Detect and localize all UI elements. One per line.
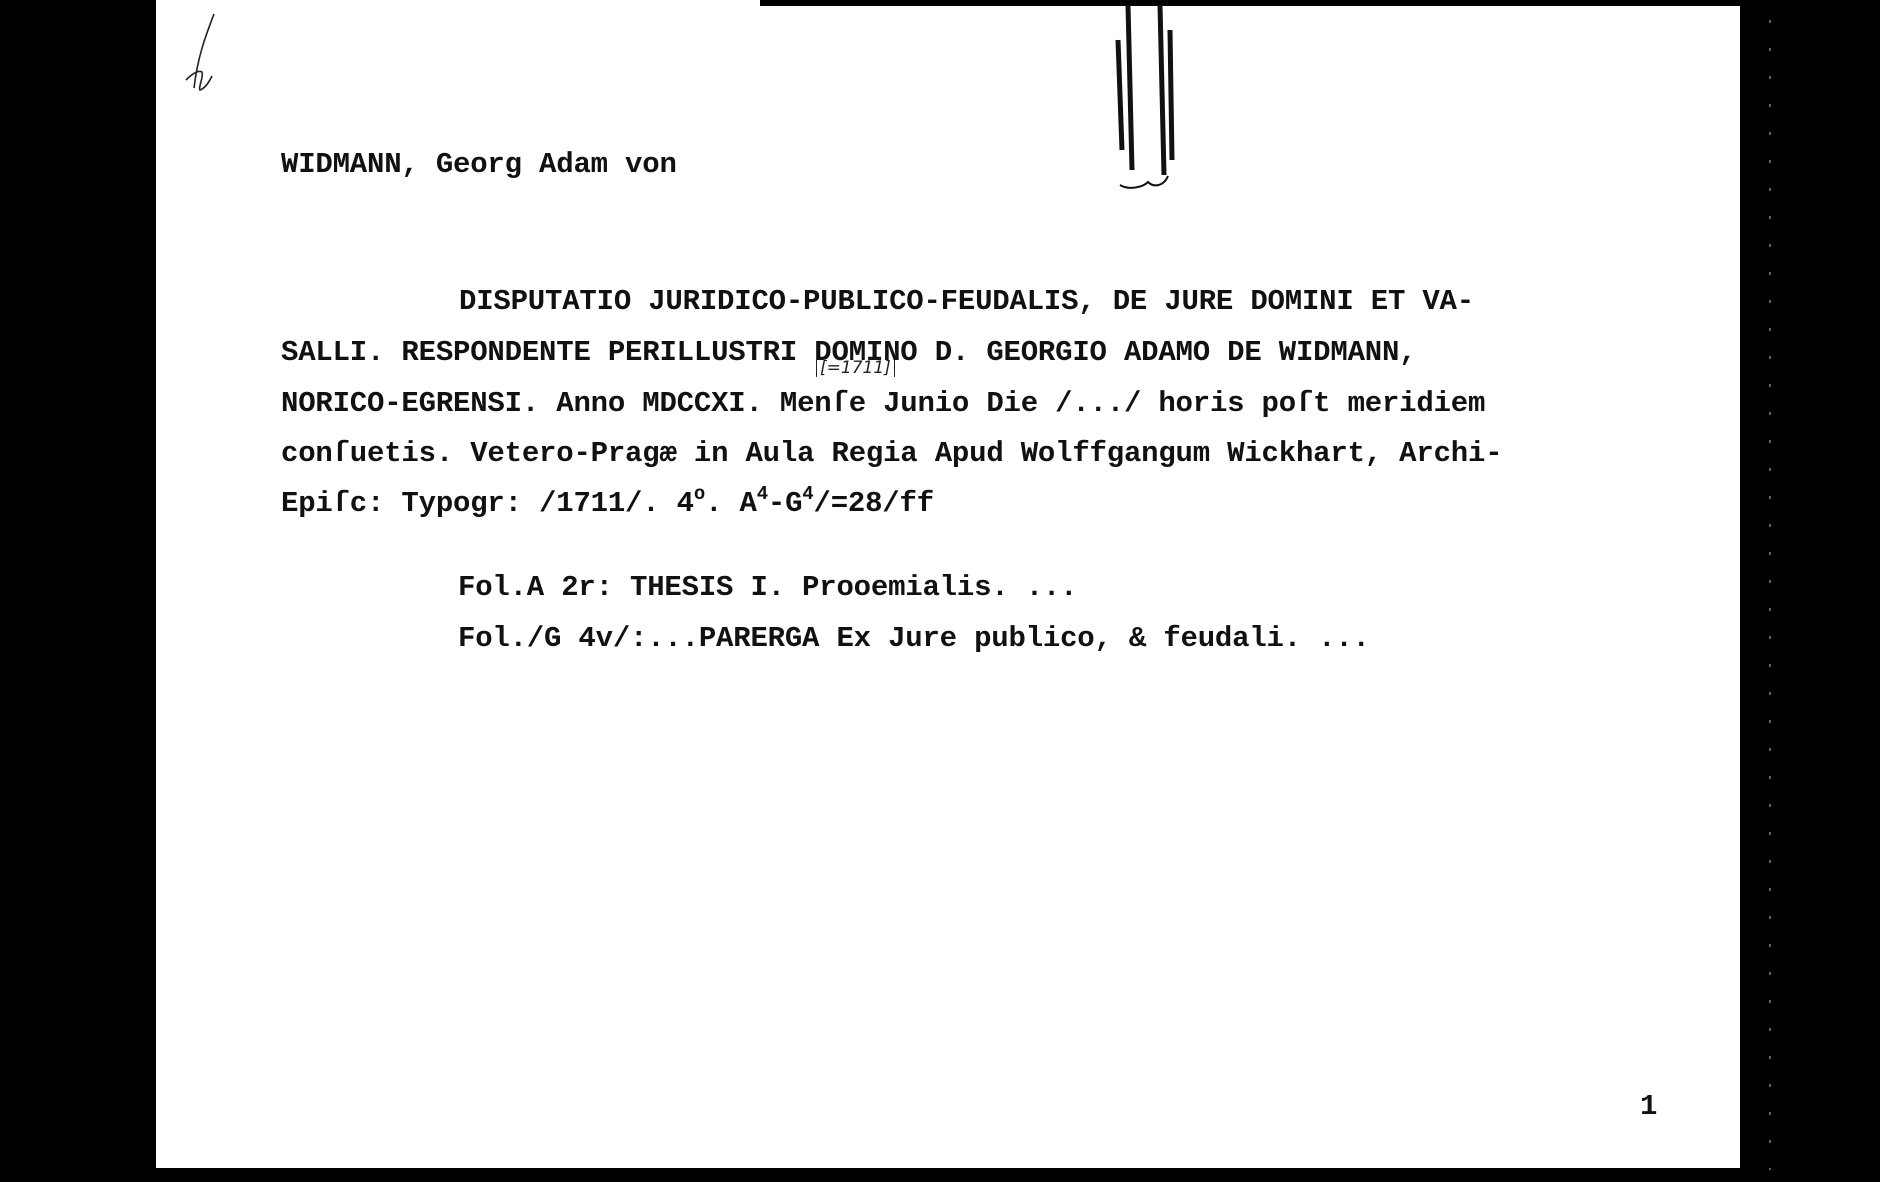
folio-line-2: Fol./G 4v/:...PARERGA Ex Jure publico, &… [458, 624, 1370, 653]
imprint-prefix: Epiſc: Typogr: /1711/. 4 [281, 487, 694, 520]
date-annotation: [=1711] [816, 360, 895, 377]
imprint-line: Epiſc: Typogr: /1711/. 4o. A4-G4/=28/ff [281, 489, 934, 518]
binding-smudge-icon [1098, 0, 1180, 195]
format-sup: o [694, 483, 705, 505]
title-line-1: DISPUTATIO JURIDICO-PUBLICO-FEUDALIS, DE… [459, 287, 1474, 316]
title-line-3: NORICO-EGRENSI. Anno MDCCXI. Menſe Junio… [281, 389, 1485, 418]
sig-start-sup: 4 [757, 483, 768, 505]
author-heading: WIDMANN, Georg Adam von [281, 150, 677, 179]
imprint-dash: -G [768, 487, 802, 520]
imprint-mid: . A [705, 487, 757, 520]
scan-border-right [1740, 0, 1880, 1182]
scan-border-top [760, 0, 1740, 6]
sig-end-sup: 4 [802, 483, 813, 505]
imprint-suffix: /=28/ff [814, 487, 934, 520]
handwritten-mark-icon [176, 10, 236, 100]
page-number: 1 [1640, 1090, 1657, 1123]
folio-line-1: Fol.A 2r: THESIS I. Prooemialis. ... [458, 573, 1077, 602]
title-line-4: conſuetis. Vetero-Pragæ in Aula Regia Ap… [281, 439, 1502, 468]
film-perforation [1769, 20, 1771, 1170]
